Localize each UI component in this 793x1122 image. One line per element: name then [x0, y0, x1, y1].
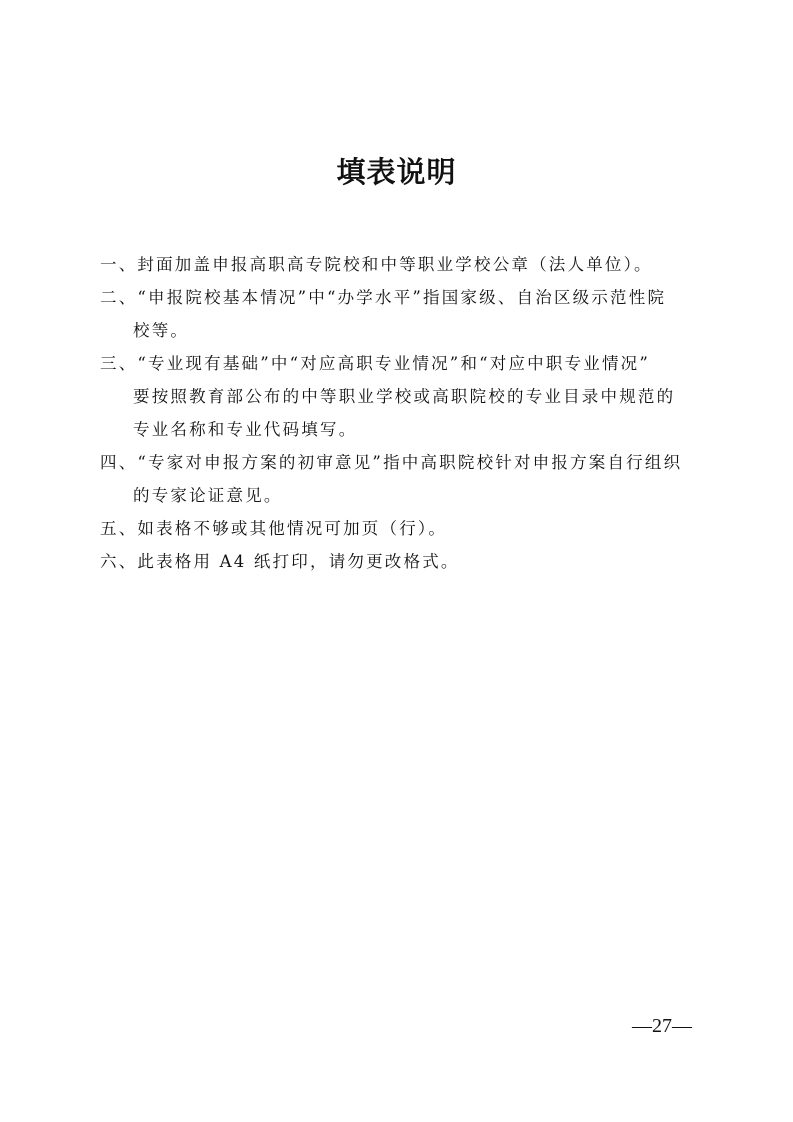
instruction-item-5: 五、如表格不够或其他情况可加页（行）。 — [100, 512, 720, 545]
page-title: 填表说明 — [0, 150, 793, 191]
instruction-line: 专业名称和专业代码填写。 — [100, 413, 720, 446]
instruction-line: 二、“申报院校基本情况”中“办学水平”指国家级、自治区级示范性院 — [100, 281, 720, 314]
instruction-line: 三、“专业现有基础”中“对应高职专业情况”和“对应中职专业情况” — [100, 347, 720, 380]
instruction-line: 的专家论证意见。 — [100, 479, 720, 512]
instruction-line: 一、封面加盖申报高职高专院校和中等职业学校公章（法人单位）。 — [100, 248, 720, 281]
instruction-item-2: 二、“申报院校基本情况”中“办学水平”指国家级、自治区级示范性院 校等。 — [100, 281, 720, 347]
instruction-line: 要按照教育部公布的中等职业学校或高职院校的专业目录中规范的 — [100, 380, 720, 413]
instruction-item-1: 一、封面加盖申报高职高专院校和中等职业学校公章（法人单位）。 — [100, 248, 720, 281]
instruction-line: 四、“专家对申报方案的初审意见”指中高职院校针对申报方案自行组织 — [100, 446, 720, 479]
instructions-list: 一、封面加盖申报高职高专院校和中等职业学校公章（法人单位）。 二、“申报院校基本… — [100, 248, 720, 578]
instruction-line: 五、如表格不够或其他情况可加页（行）。 — [100, 512, 720, 545]
instruction-line: 校等。 — [100, 314, 720, 347]
page-number: —27— — [632, 1015, 692, 1038]
instruction-item-6: 六、此表格用 A4 纸打印，请勿更改格式。 — [100, 545, 720, 578]
instruction-item-4: 四、“专家对申报方案的初审意见”指中高职院校针对申报方案自行组织 的专家论证意见… — [100, 446, 720, 512]
instruction-line: 六、此表格用 A4 纸打印，请勿更改格式。 — [100, 545, 720, 578]
instruction-item-3: 三、“专业现有基础”中“对应高职专业情况”和“对应中职专业情况” 要按照教育部公… — [100, 347, 720, 446]
